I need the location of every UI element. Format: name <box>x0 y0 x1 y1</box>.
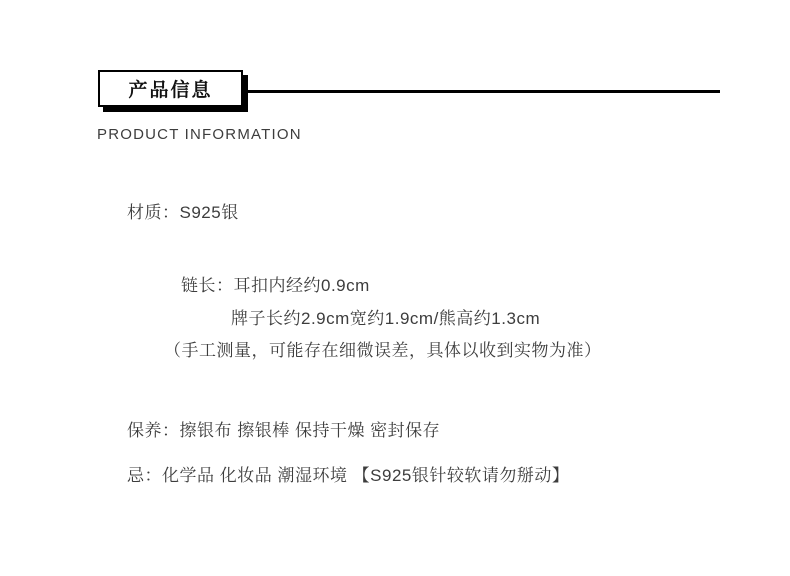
section-subtitle-en: PRODUCT INFORMATION <box>97 126 302 143</box>
divider-line <box>246 90 720 93</box>
chain-length-line: 链长：耳扣内经约0.9cm <box>181 276 370 296</box>
section-title: 产品信息 <box>128 75 212 102</box>
avoid-line: 忌：化学品 化妆品 潮湿环境 【S925银针较软请勿掰动】 <box>127 466 569 486</box>
tag-size-line: 牌子长约2.9cm宽约1.9cm/熊高约1.3cm <box>231 309 540 329</box>
care-line: 保养：擦银布 擦银棒 保持干燥 密封保存 <box>127 421 440 441</box>
section-title-box: 产品信息 <box>98 70 243 107</box>
measurement-note-line: （手工测量，可能存在细微误差，具体以收到实物为准） <box>164 341 602 361</box>
product-info-section: 产品信息 PRODUCT INFORMATION 材质：S925银 链长：耳扣内… <box>0 0 790 576</box>
material-line: 材质：S925银 <box>127 203 239 223</box>
